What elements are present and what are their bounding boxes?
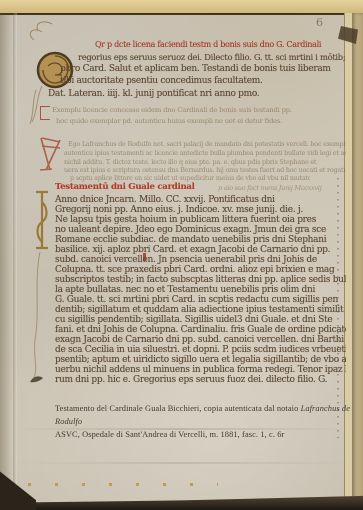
testament-line: G. Guale. tt. sci mrtini pbri Card. in s…	[55, 295, 346, 305]
papal-letter-line: pbro Card. Salut et aplicam ben. Testand…	[60, 64, 346, 74]
testament-line: subd. canoici vercellen. Jn psencia uene…	[55, 255, 346, 265]
decorated-initial-a-icon	[30, 190, 54, 380]
caption-text: Testamento del Cardinale Guala Bicchieri…	[55, 404, 301, 413]
caption-line-1: Testamento del Cardinale Guala Bicchieri…	[55, 402, 353, 428]
papal-letter-line: tibi auctoritate psentiu concedimus facu…	[60, 76, 346, 86]
testament-line: la apte bullatas. nec no et Testamentu u…	[55, 285, 346, 295]
faded-paragraph-line: nichil additu. T. dictoz teste. lecto il…	[64, 158, 346, 166]
red-bracket-mark	[40, 106, 50, 120]
marginal-doodle-icon	[28, 372, 46, 386]
testament-line: psentib; aptum et uiridicto sigillo uera…	[55, 355, 346, 365]
vertical-fold-crease	[13, 13, 17, 510]
testament-line: Colupna. tt. sce praxedis pbri Card. ord…	[55, 265, 346, 275]
faded-paragraph-line: p scptu aplice littere en sic uidet ut s…	[70, 174, 310, 182]
faded-paragraph-line: uera est ipius e scriptura ostensu dns B…	[64, 166, 346, 174]
testament-line: exagn Jacobi de Carnario dni pp. subd. c…	[55, 335, 346, 345]
testament-line: Ne lapsu tpis gesta hoium in publicam li…	[55, 215, 346, 225]
caption: Testamento del Cardinale Guala Bicchieri…	[55, 402, 353, 441]
testament-line: uerbu nichil addens ul minuens in public…	[55, 365, 346, 375]
testament-line: basilice. xij. aploz pbri Card. et exagn…	[55, 245, 346, 255]
testament-line: no ualeant depire. Jdeo ego Dominicus ex…	[55, 225, 346, 235]
testament-line: fani. et dni Johis de Colupna. Cardinali…	[55, 325, 346, 335]
testament-line: Gregorij noni pp. Anno eius. j. Indicoe.…	[55, 205, 346, 215]
testament-line: rum dni pp. hic e. Gregorius eps seruus …	[55, 375, 346, 385]
sewing-dots-row	[28, 483, 218, 486]
faded-note-line: Exemplu licencie concesse eidem dno Card…	[52, 106, 346, 114]
underlying-page-edge	[352, 13, 363, 510]
testament-line: cu sigillis pendentib; sigillata. Sigill…	[55, 315, 346, 325]
marginal-ladder-mark-icon	[38, 136, 64, 172]
rubric-line: Qr p dcte licena faciendi testm d bonis …	[95, 40, 347, 49]
faded-paragraph-line: autenticu ipius testamenti ac licencie a…	[64, 149, 346, 157]
papal-letter-line: regorius eps seruus seruoz dei. Dilecto …	[78, 52, 346, 62]
faded-note-line: hoc quide exemplar pd. autenticu huius e…	[56, 117, 346, 125]
bottom-dark-edge	[0, 494, 363, 510]
caption-line-2: ASVC, Ospedale di Sant'Andrea di Vercell…	[55, 428, 353, 441]
testament-line: Romane ecclie subdiac. de mandato uenebi…	[55, 235, 346, 245]
horizontal-crease	[20, 462, 350, 464]
testament-line: Anno dnice Jncarn. Millo. CC. xxvij. Pon…	[55, 195, 346, 205]
testament-heading: Testamentū dni Guale cardinal	[55, 182, 215, 192]
folio-number: 6	[316, 16, 323, 29]
testament-line: dentib; sigillatum et quddam alia adiect…	[55, 305, 346, 315]
faded-paragraph-line: Ego Lafranchus de Rodulfo not. sacri pal…	[68, 140, 346, 148]
heading-annotation: p aio suo fact mens Junij Mccxxvij	[218, 184, 343, 192]
manuscript-photo: 6 Qr p dcte licena faciendi testm d boni…	[0, 0, 363, 510]
top-binding-edge	[0, 0, 363, 15]
testament-line: de sca Cecilia in uia siluestri. et dopn…	[55, 345, 346, 355]
left-edge-shadow	[0, 13, 12, 510]
testament-line: subscriptos testib; in facto subscptas l…	[55, 275, 346, 285]
dat-line: Dat. Lateran. iiij. kl. junij pontificat…	[48, 89, 346, 99]
